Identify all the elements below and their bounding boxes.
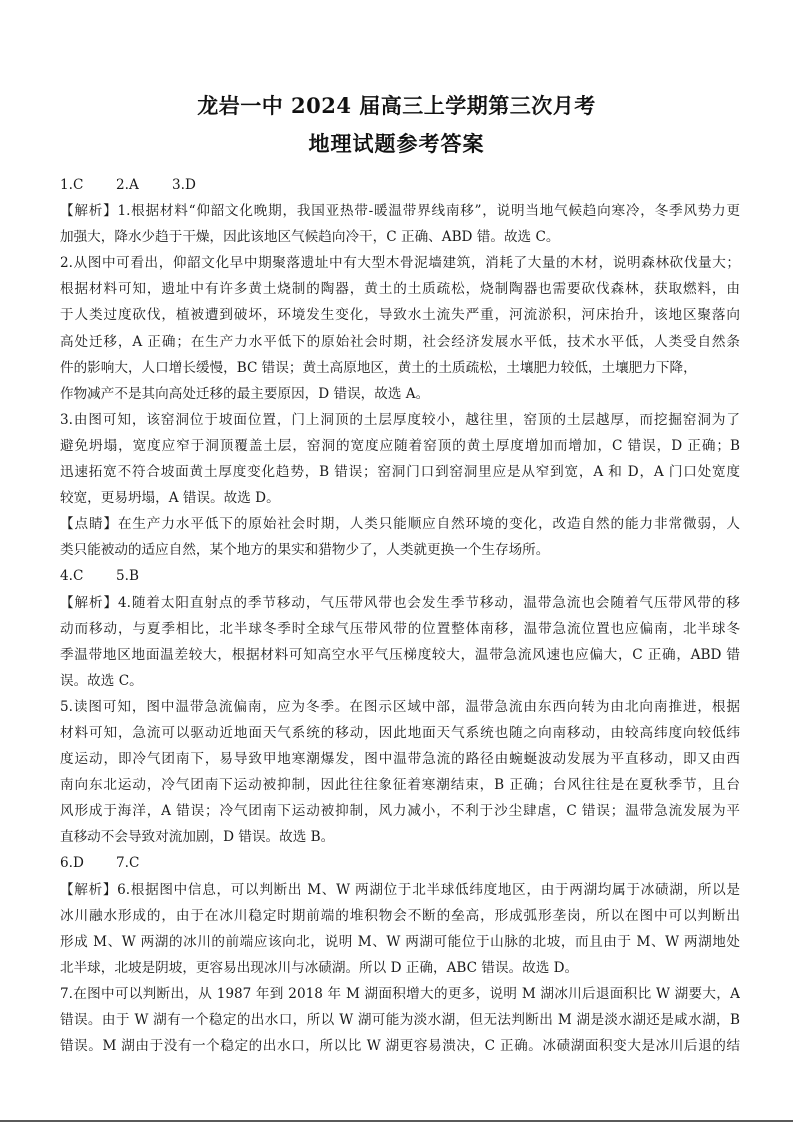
key-point-line: 【点睛】在生产力水平低下的原始社会时期，人类只能顺应自然环境的变化，改造自然的能… <box>60 511 740 537</box>
answer-item: 6.D <box>60 850 116 876</box>
analysis-line: 北半球，北坡是阴坡，更容易出现冰川与冰碛湖。所以 D 正确，ABC 错误。故选 … <box>60 955 740 981</box>
analysis-line: 避免坍塌，宽度应窄于洞顶覆盖土层，窑洞的宽度应随着窑顶的黄土厚度增加而增加，C … <box>60 433 740 459</box>
analysis-line: 直移动不会导致对流加剧，D 错误。故选 B。 <box>60 824 740 850</box>
analysis-line: 季温带地区地面温差较大，根据材料可知高空水平气压梯度较大，温带急流风速也应偏大，… <box>60 642 740 668</box>
analysis-line: 加强大，降水少趋于干燥，因此该地区气候趋向冷干，C 正确、ABD 错。故选 C。 <box>60 224 740 250</box>
answer-item: 4.C <box>60 563 116 589</box>
analysis-line: 3.由图可知，该窑洞位于坡面位置，门上洞顶的土层厚度较小，越往里，窑顶的土层越厚… <box>60 407 740 433</box>
document-subtitle: 地理试题参考答案 <box>0 128 793 158</box>
answer-item: 5.B <box>116 563 172 589</box>
analysis-line: 7.在图中可以判断出，从 1987 年到 2018 年 M 湖面积增大的更多，说… <box>60 981 740 1007</box>
answer-item: 1.C <box>60 172 116 198</box>
analysis-line: 动而移动，与夏季相比，北半球冬季时全球气压带风带的位置整体南移，温带急流位置也应… <box>60 616 740 642</box>
analysis-line: 高处迁移，A 正确；在生产力水平低下的原始社会时期，社会经济发展水平低，技术水平… <box>60 329 740 355</box>
analysis-line: 错误。由于 W 湖有一个稳定的出水口，所以 W 湖可能为淡水湖，但无法判断出 M… <box>60 1007 740 1033</box>
answer-item: 3.D <box>172 172 228 198</box>
analysis-line: 作物减产不是其向高处迁移的最主要原因，D 错误，故选 A。 <box>60 381 740 407</box>
document-title: 龙岩一中 2024 届高三上学期第三次月考 <box>0 90 793 120</box>
answer-content: 1.C2.A3.D 【解析】1.根据材料“仰韶文化晚期，我国亚热带-暖温带界线南… <box>60 172 740 1059</box>
analysis-line: 较宽，更易坍塌，A 错误。故选 D。 <box>60 485 740 511</box>
analysis-line: 误。故选 C。 <box>60 668 740 694</box>
analysis-line: 根据材料可知，遗址中有许多黄土烧制的陶器，黄土的土质疏松，烧制陶器也需要砍伐森林… <box>60 276 740 302</box>
analysis-line: 度运动，即冷气团南下，易导致甲地寒潮爆发，图中温带急流的路径由蜿蜒波动发展为平直… <box>60 746 740 772</box>
analysis-line: 冰川融水形成的，由于在冰川稳定时期前端的堆积物会不断的垒高，形成弧形垄岗，所以在… <box>60 903 740 929</box>
document-page: 龙岩一中 2024 届高三上学期第三次月考 地理试题参考答案 1.C2.A3.D… <box>0 0 793 1122</box>
answer-item: 2.A <box>116 172 172 198</box>
answer-key-row: 6.D7.C <box>60 850 740 876</box>
analysis-line: 迅速拓宽不符合坡面黄土厚度变化趋势，B 错误；窑洞门口到窑洞里应是从窄到宽，A … <box>60 459 740 485</box>
analysis-line: 材料可知，急流可以驱动近地面天气系统的移动，因此地面天气系统也随之向南移动，由较… <box>60 720 740 746</box>
analysis-line: 【解析】4.随着太阳直射点的季节移动，气压带风带也会发生季节移动，温带急流也会随… <box>60 590 740 616</box>
answer-key-row: 1.C2.A3.D <box>60 172 740 198</box>
analysis-line: 形成 M、W 两湖的冰川的前端应该向北，说明 M、W 两湖可能位于山脉的北坡，而… <box>60 929 740 955</box>
analysis-line: 风形成于海洋，A 错误；冷气团南下运动被抑制，风力减小，不利于沙尘肆虐，C 错误… <box>60 798 740 824</box>
analysis-line: 错误。M 湖由于没有一个稳定的出水口，所以比 W 湖更容易溃决，C 正确。冰碛湖… <box>60 1033 740 1059</box>
answer-key-row: 4.C5.B <box>60 563 740 589</box>
analysis-line: 南向东北运动，冷气团南下运动被抑制，因此往往象征着寒潮结束，B 正确；台风往往是… <box>60 772 740 798</box>
analysis-line: 于人类过度砍伐，植被遭到破坏，环境发生变化，导致水土流失严重，河流淤积，河床抬升… <box>60 302 740 328</box>
analysis-line: 【解析】6.根据图中信息，可以判断出 M、W 两湖位于北半球低纬度地区，由于两湖… <box>60 877 740 903</box>
answer-item: 7.C <box>116 850 172 876</box>
analysis-line: 件的影响大，人口增长缓慢，BC 错误；黄土高原地区，黄土的土质疏松，土壤肥力较低… <box>60 355 740 381</box>
analysis-line: 【解析】1.根据材料“仰韶文化晚期，我国亚热带-暖温带界线南移”，说明当地气候趋… <box>60 198 740 224</box>
analysis-line: 2.从图中可看出，仰韶文化早中期聚落遗址中有大型木骨泥墙建筑，消耗了大量的木材，… <box>60 250 740 276</box>
key-point-line: 类只能被动的适应自然，某个地方的果实和猎物少了，人类就更换一个生存场所。 <box>60 537 740 563</box>
analysis-line: 5.读图可知，图中温带急流偏南，应为冬季。在图示区域中部，温带急流由东西向转为由… <box>60 694 740 720</box>
